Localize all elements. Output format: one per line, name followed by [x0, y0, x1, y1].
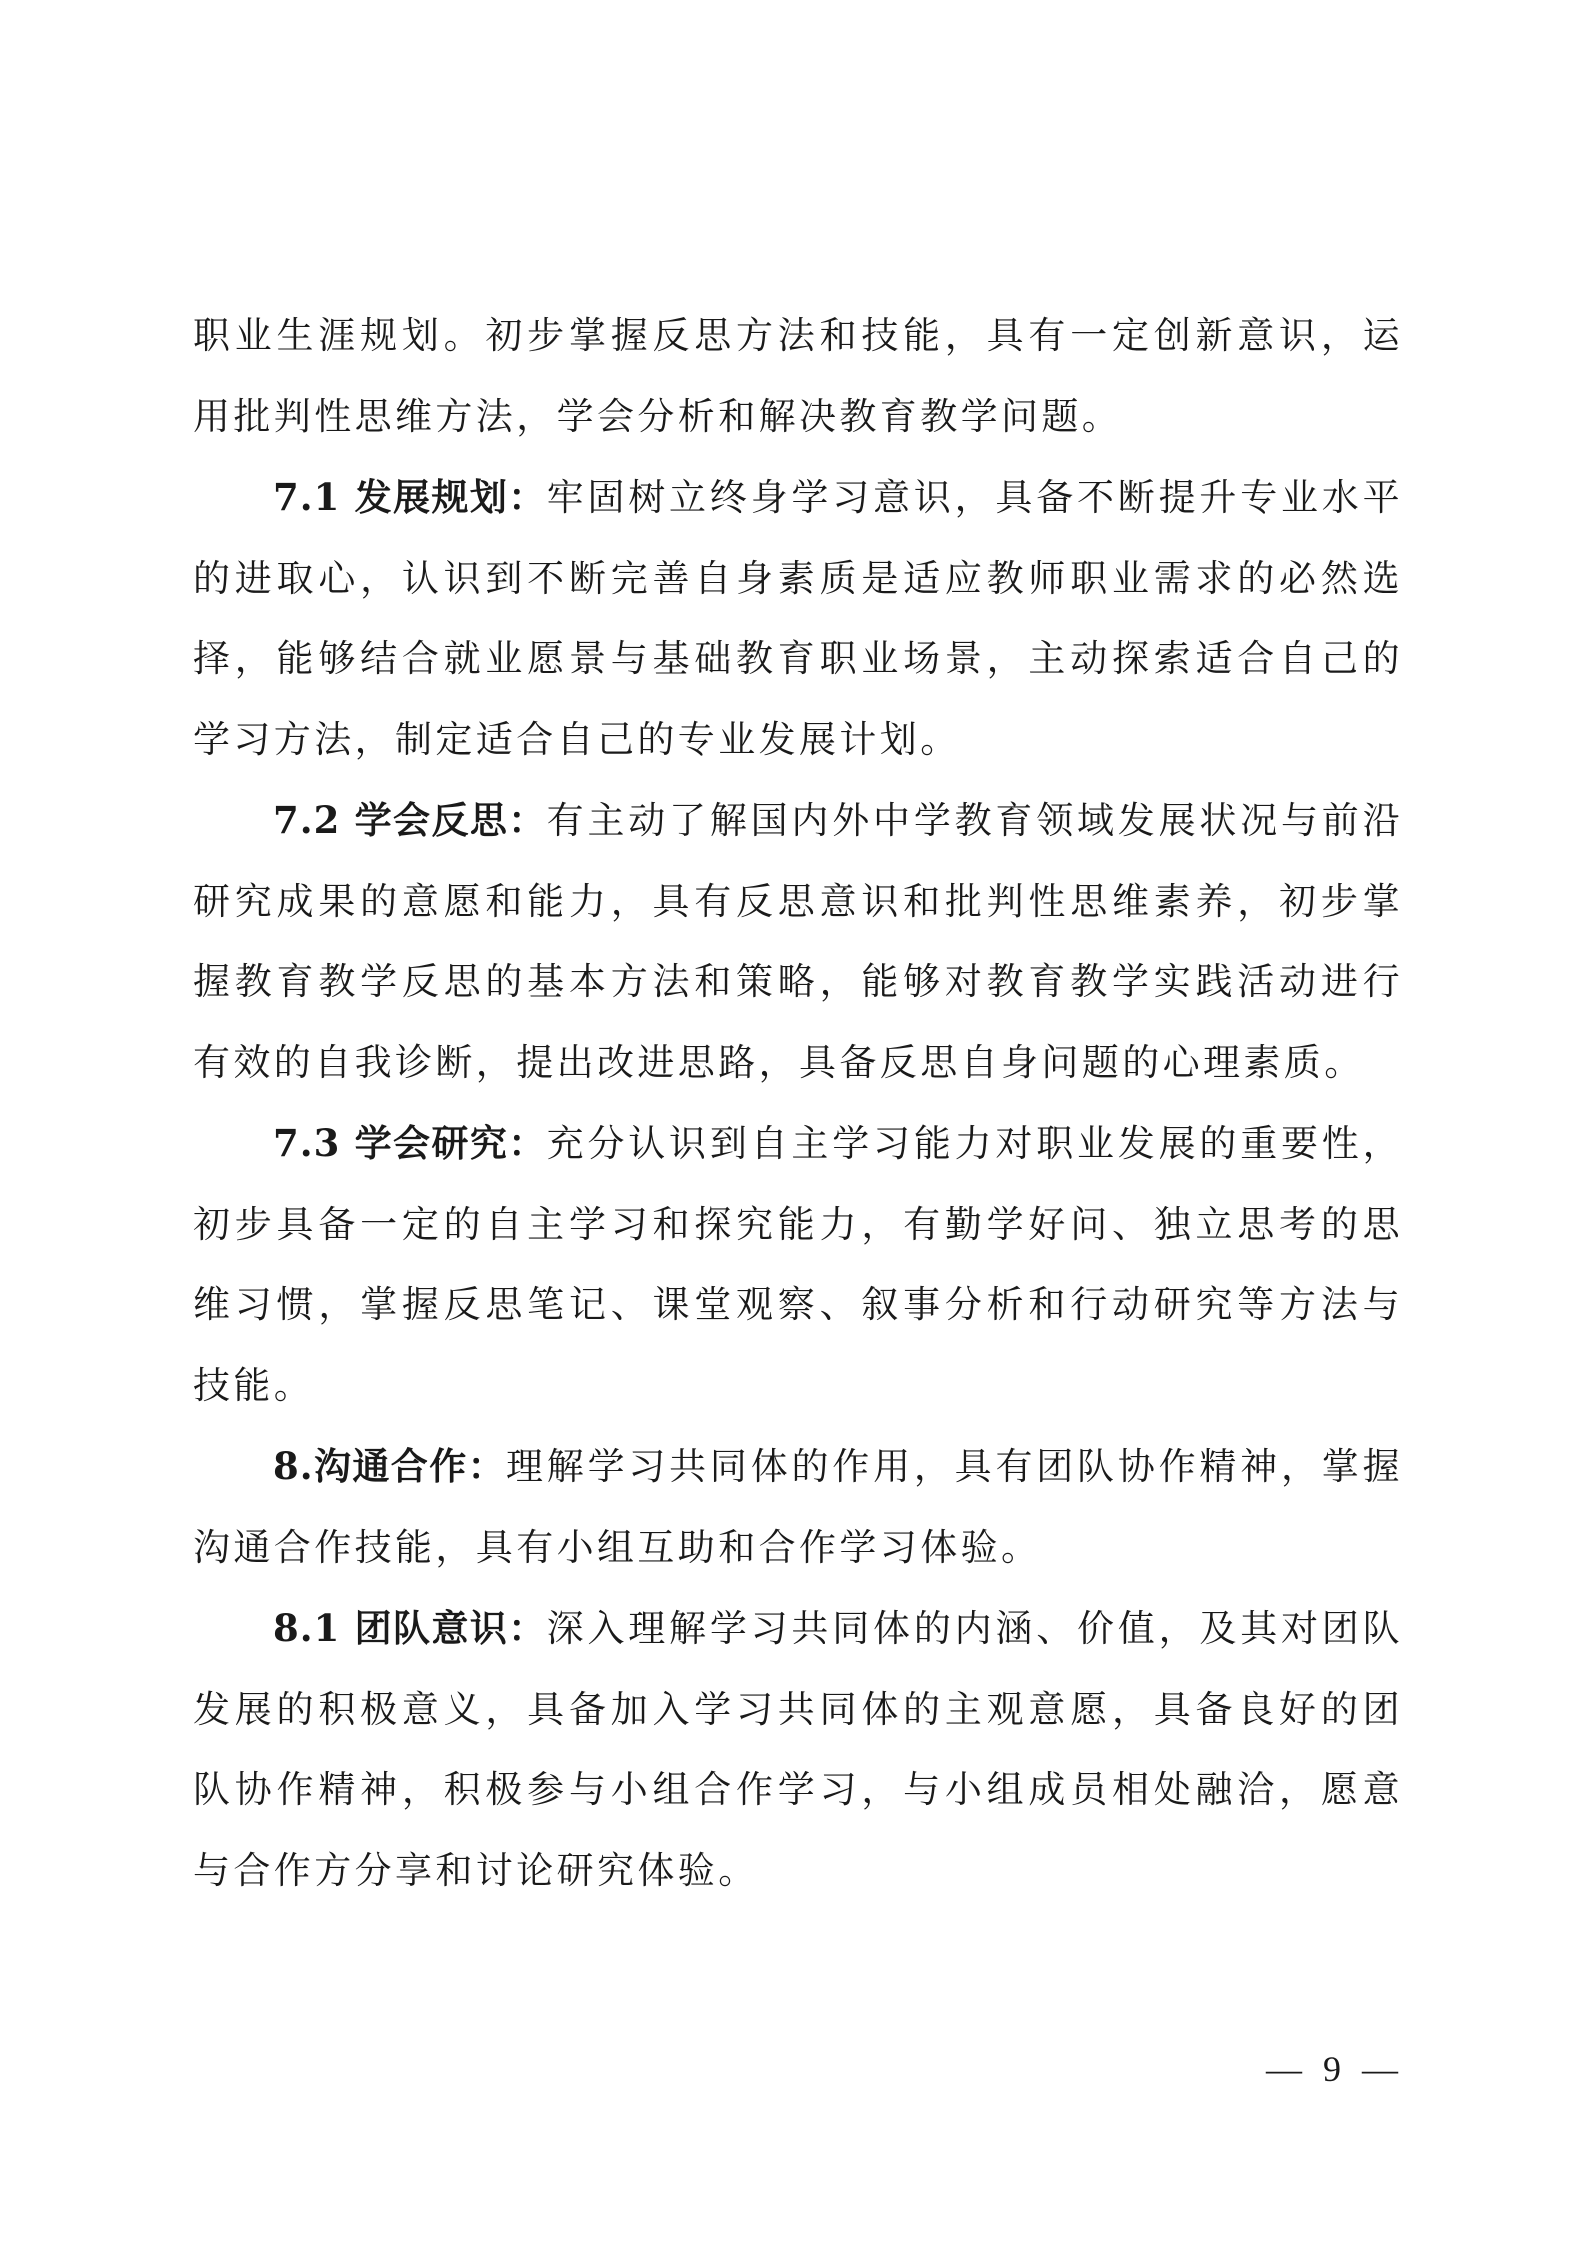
section-heading: 8.1 团队意识：	[273, 1606, 547, 1650]
paragraph-continuation: 职业生涯规划。初步掌握反思方法和技能，具有一定创新意识，运用批判性思维方法，学会…	[193, 296, 1403, 457]
paragraph-text: 职业生涯规划。初步掌握反思方法和技能，具有一定创新意识，运用批判性思维方法，学会…	[193, 314, 1403, 438]
paragraph-8: 8.沟通合作：理解学习共同体的作用，具有团队协作精神，掌握沟通合作技能，具有小组…	[193, 1426, 1403, 1588]
paragraph-8-1: 8.1 团队意识：深入理解学习共同体的内涵、价值，及其对团队发展的积极意义，具备…	[193, 1588, 1403, 1911]
paragraph-7-2: 7.2 学会反思：有主动了解国内外中学教育领域发展状况与前沿研究成果的意愿和能力…	[193, 780, 1403, 1103]
section-heading: 7.1 发展规划：	[273, 475, 547, 519]
section-heading: 8.沟通合作：	[273, 1444, 506, 1488]
page-number: — 9 —	[1255, 2048, 1415, 2090]
paragraph-7-1: 7.1 发展规划：牢固树立终身学习意识，具备不断提升专业水平的进取心，认识到不断…	[193, 457, 1403, 780]
document-body: 职业生涯规划。初步掌握反思方法和技能，具有一定创新意识，运用批判性思维方法，学会…	[193, 296, 1403, 1911]
paragraph-7-3: 7.3 学会研究：充分认识到自主学习能力对职业发展的重要性，初步具备一定的自主学…	[193, 1103, 1403, 1426]
section-heading: 7.3 学会研究：	[273, 1121, 547, 1165]
section-heading: 7.2 学会反思：	[273, 798, 547, 842]
